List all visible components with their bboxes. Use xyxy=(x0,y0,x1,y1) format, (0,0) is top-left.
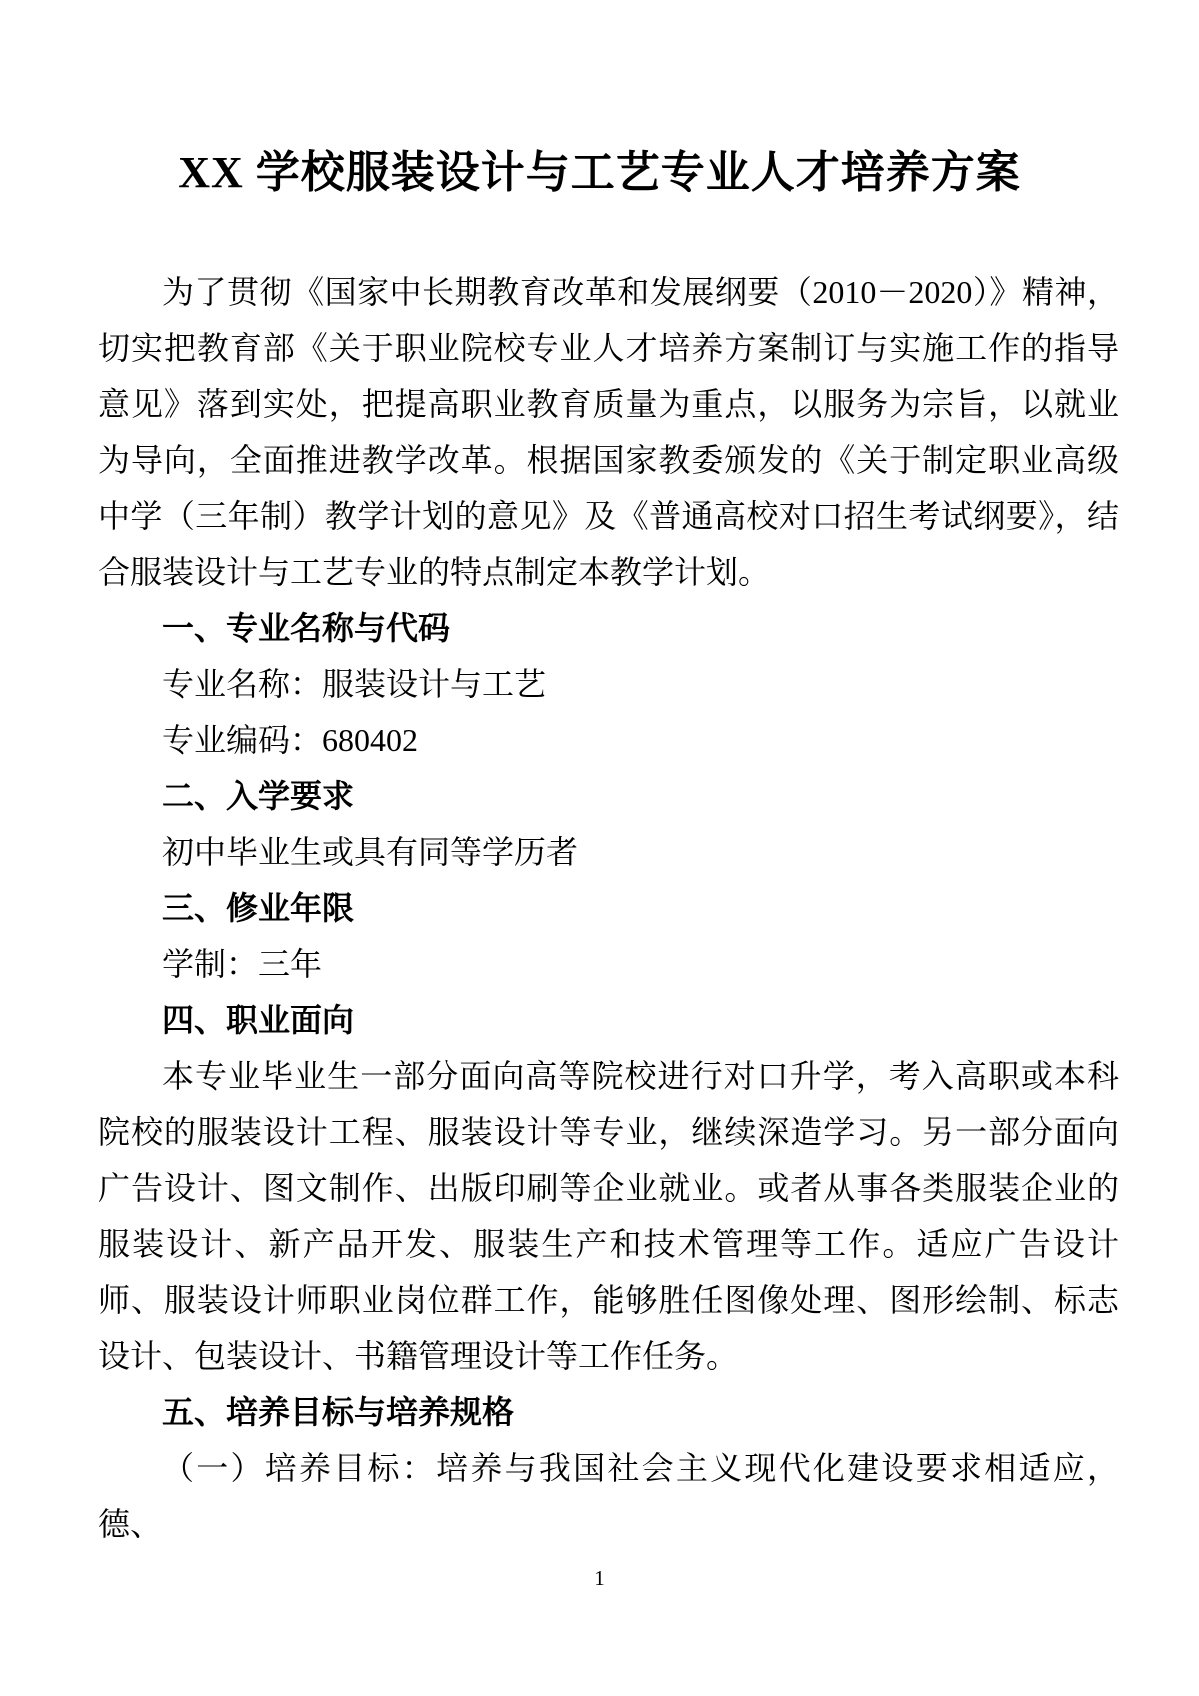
paragraph-schooling-years: 学制：三年 xyxy=(98,936,1119,992)
page-number: 1 xyxy=(0,1564,1199,1592)
document-page: XX 学校服装设计与工艺专业人才培养方案 为了贯彻《国家中长期教育改革和发展纲要… xyxy=(0,0,1199,1696)
heading-section-one: 一、专业名称与代码 xyxy=(98,600,1119,656)
paragraph-major-name: 专业名称：服装设计与工艺 xyxy=(98,656,1119,712)
page-title: XX 学校服装设计与工艺专业人才培养方案 xyxy=(40,147,1159,200)
heading-section-two: 二、入学要求 xyxy=(98,768,1119,824)
paragraph-intro: 为了贯彻《国家中长期教育改革和发展纲要（2010－2020）》精神，切实把教育部… xyxy=(98,264,1119,600)
paragraph-career-orientation: 本专业毕业生一部分面向高等院校进行对口升学，考入高职或本科院校的服装设计工程、服… xyxy=(98,1048,1119,1384)
paragraph-training-objective: （一）培养目标：培养与我国社会主义现代化建设要求相适应，德、 xyxy=(98,1440,1119,1552)
heading-section-four: 四、职业面向 xyxy=(98,992,1119,1048)
heading-section-five: 五、培养目标与培养规格 xyxy=(98,1384,1119,1440)
heading-section-three: 三、修业年限 xyxy=(98,880,1119,936)
paragraph-major-code: 专业编码：680402 xyxy=(98,712,1119,768)
document-body: 为了贯彻《国家中长期教育改革和发展纲要（2010－2020）》精神，切实把教育部… xyxy=(98,264,1119,1552)
paragraph-entry-requirement: 初中毕业生或具有同等学历者 xyxy=(98,824,1119,880)
